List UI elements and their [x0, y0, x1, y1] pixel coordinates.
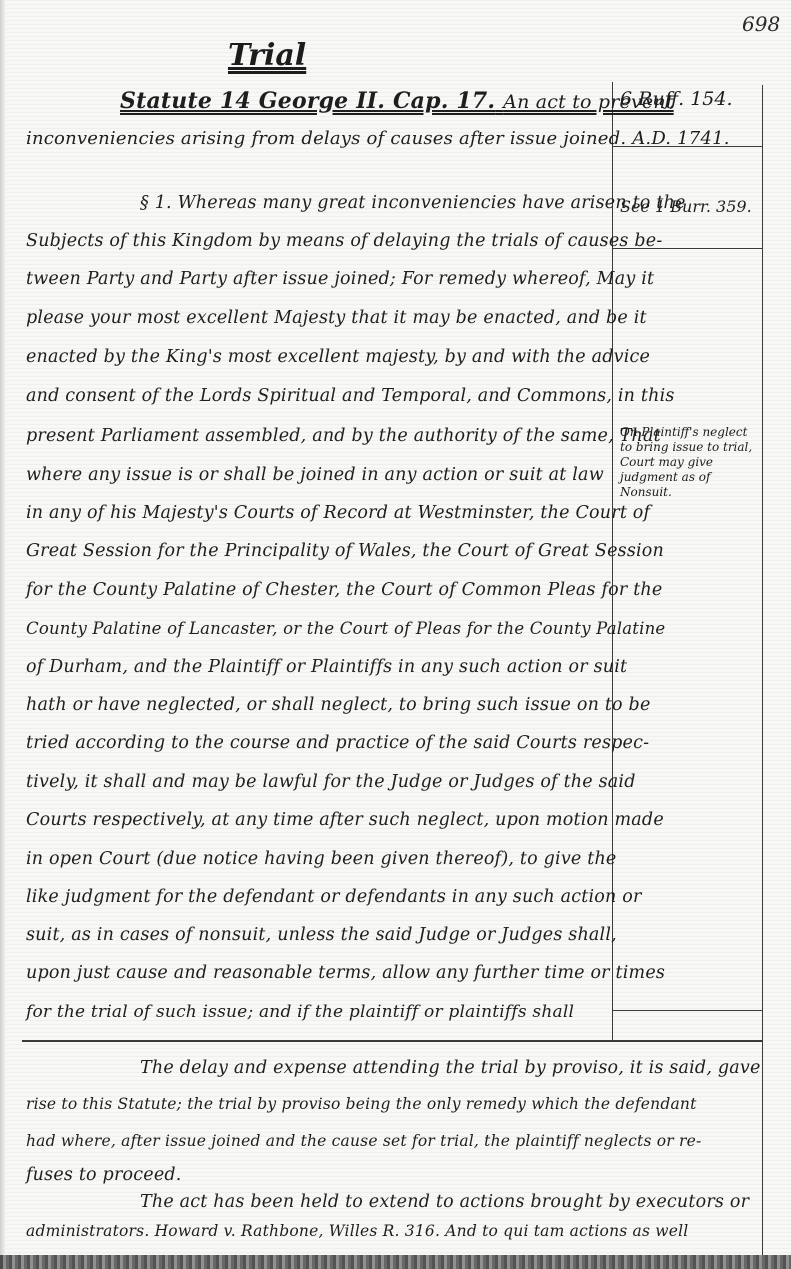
commentary-line: rise to this Statute; the trial by provi… [26, 1095, 697, 1113]
statute-line: for the trial of such issue; and if the … [26, 1002, 574, 1022]
commentary-line: fuses to proceed. [26, 1165, 182, 1185]
page-title: Trial [228, 38, 306, 73]
statute-line: Subjects of this Kingdom by means of del… [26, 231, 662, 251]
statute-line: upon just cause and reasonable terms, al… [26, 963, 665, 983]
statute-line: tively, it shall and may be lawful for t… [26, 772, 636, 792]
statute-line: § 1. Whereas many great inconveniencies … [140, 193, 686, 213]
statute-line: in any of his Majesty's Courts of Record… [26, 503, 650, 523]
statute-line: where any issue is or shall be joined in… [26, 465, 604, 485]
statute-line: and consent of the Lords Spiritual and T… [26, 386, 675, 406]
statute-line: suit, as in cases of nonsuit, unless the… [26, 925, 617, 945]
scan-bottom-edge [0, 1255, 791, 1269]
statute-line: tween Party and Party after issue joined… [26, 269, 654, 289]
page-number: 698 [742, 12, 780, 36]
right-edge-rule [762, 85, 763, 1255]
manuscript-page: 698 Trial Statute 14 George II. Cap. 17.… [0, 0, 791, 1269]
statute-line: in open Court (due notice having been gi… [26, 849, 616, 869]
scan-edge-shadow [0, 0, 6, 1269]
section-separator [22, 1040, 762, 1042]
statute-line: of Durham, and the Plaintiff or Plaintif… [26, 657, 627, 677]
statute-line: please your most excellent Majesty that … [26, 308, 647, 328]
commentary-line: administrators. Howard v. Rathbone, Will… [26, 1222, 688, 1240]
statute-line: like judgment for the defendant or defen… [26, 887, 642, 907]
statute-heading: Statute 14 George II. Cap. 17. An act to… [120, 88, 674, 114]
statute-line: tried according to the course and practi… [26, 733, 649, 753]
commentary-line: The delay and expense attending the tria… [140, 1058, 761, 1078]
margin-reference-1: 6 Ruff. 154. [620, 88, 733, 110]
commentary-line: had where, after issue joined and the ca… [26, 1132, 701, 1150]
statute-line: enacted by the King's most excellent maj… [26, 347, 650, 367]
margin-divider-3 [612, 1010, 762, 1011]
statute-line: Great Session for the Principality of Wa… [26, 541, 664, 561]
statute-line: County Palatine of Lancaster, or the Cou… [26, 619, 665, 638]
commentary-line: The act has been held to extend to actio… [140, 1192, 749, 1212]
statute-line: hath or have neglected, or shall neglect… [26, 695, 651, 715]
statute-line: present Parliament assembled, and by the… [26, 426, 661, 446]
statute-line: Courts respectively, at any time after s… [26, 810, 664, 830]
statute-citation: Statute 14 George II. Cap. 17. [120, 88, 495, 114]
statute-heading-line2: inconveniencies arising from delays of c… [26, 128, 730, 149]
statute-line: for the County Palatine of Chester, the … [26, 580, 662, 600]
